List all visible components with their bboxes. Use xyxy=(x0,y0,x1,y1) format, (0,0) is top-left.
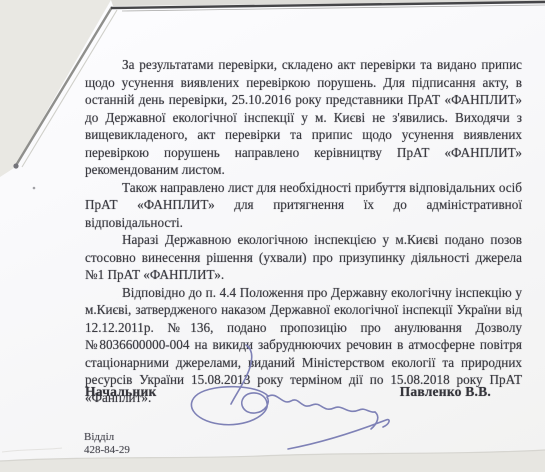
document-body: За результатами перевірки, складено акт … xyxy=(85,56,522,406)
signature-block: Начальник Павленко В.В. xyxy=(85,384,491,400)
paragraph-lawsuit: Наразі Державною екологічною інспекцією … xyxy=(85,231,522,284)
paragraph-letter: Також направлено лист для необхідності п… xyxy=(85,179,522,232)
phone-number: 428-84-29 xyxy=(84,444,130,457)
footer-contact: Відділ 428-84-29 xyxy=(84,431,130,457)
scanned-document-page: За результатами перевірки, складено акт … xyxy=(0,0,545,472)
signatory-name: Павленко В.В. xyxy=(400,384,491,400)
position-title: Начальник xyxy=(85,384,157,400)
paragraph-results: За результатами перевірки, складено акт … xyxy=(85,56,522,179)
department-label: Відділ xyxy=(84,431,130,444)
